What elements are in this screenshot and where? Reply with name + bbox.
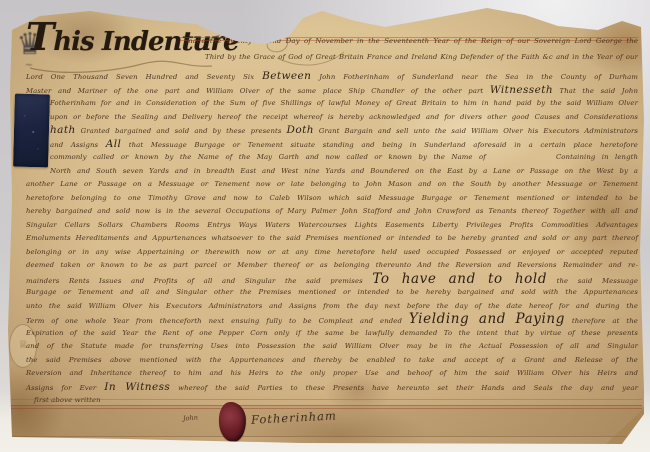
- deed-line: Assigns for Ever In Witness whereof the …: [26, 381, 638, 395]
- deed-line: Lord One Thousand Seven Hundred and Seve…: [26, 70, 638, 84]
- deed-title: This Indenture: [26, 22, 206, 57]
- deed-line: Term of one whole Year from thenceforth …: [26, 313, 638, 327]
- deed-line: Expiration of the said Year the Rent of …: [26, 327, 638, 341]
- deed-line: Fotherinham for and in Consideration of …: [26, 97, 638, 111]
- emphasized-phrase: In Witness: [104, 381, 170, 393]
- blank-space: [486, 158, 556, 159]
- photo-backdrop: ♛ ~ This Indenture made the Twenty secon…: [0, 0, 650, 452]
- emphasized-phrase-large: To have and to hold: [372, 271, 547, 287]
- deed-line: Master and Mariner of the one part and W…: [26, 84, 638, 98]
- deed-opening-line: made the Twenty second Day of November i…: [186, 35, 638, 49]
- deed-body: Lord One Thousand Seven Hundred and Seve…: [26, 70, 638, 408]
- corner-fold: [606, 408, 644, 444]
- deed-line: hereby bargained and sold now is in the …: [26, 205, 638, 219]
- deed-second-line: Third by the Grace of God of Great Brita…: [205, 51, 638, 65]
- deed-line: upon or before the Sealing and Delivery …: [26, 111, 638, 125]
- deed-line: hath Granted bargained and sold and by t…: [26, 124, 638, 138]
- stamp-flourish: ~: [8, 62, 52, 70]
- emphasized-phrase: All: [106, 138, 122, 150]
- deed-line: Burgage or Tenement and all and Singular…: [26, 286, 638, 300]
- deed-line: and of the Statute made for transferring…: [26, 340, 638, 354]
- emphasized-phrase: Witnesseth: [490, 84, 553, 96]
- deed-line: the said Premises above mentioned with t…: [26, 354, 638, 368]
- deed-line: commonly called or known by the Name of …: [26, 151, 638, 165]
- deed-line: Singular Cellars Sollars Chambers Rooms …: [26, 219, 638, 233]
- deed-line: belonging or in any wise Appertaining or…: [26, 246, 638, 260]
- emphasized-phrase: Doth: [287, 124, 314, 136]
- parchment-deed: ♛ ~ This Indenture made the Twenty secon…: [8, 8, 644, 444]
- deed-line: Emoluments Hereditaments and Appurtenanc…: [26, 232, 638, 246]
- deed-line: mainders Rents Issues and Profits of all…: [26, 273, 638, 287]
- emphasized-phrase-large: Yielding and Paying: [409, 311, 565, 327]
- deed-line: heretofore belonging to one Timothy Grov…: [26, 192, 638, 206]
- signature-john: John: [183, 413, 198, 422]
- fold-crease: [10, 399, 642, 400]
- fold-crease: [10, 436, 642, 437]
- deed-line: another Lane or Passage on a Messuage or…: [26, 178, 638, 192]
- deed-line: North and South seven Yards and in bread…: [26, 165, 638, 179]
- emphasized-phrase: hath: [50, 124, 76, 136]
- emphasized-phrase: Between: [262, 70, 311, 82]
- deed-line: and Assigns All that Messuage Burgage or…: [26, 138, 638, 152]
- deed-line: Reversion and Inheritance thereof to him…: [26, 367, 638, 381]
- fold-crease: [10, 405, 642, 406]
